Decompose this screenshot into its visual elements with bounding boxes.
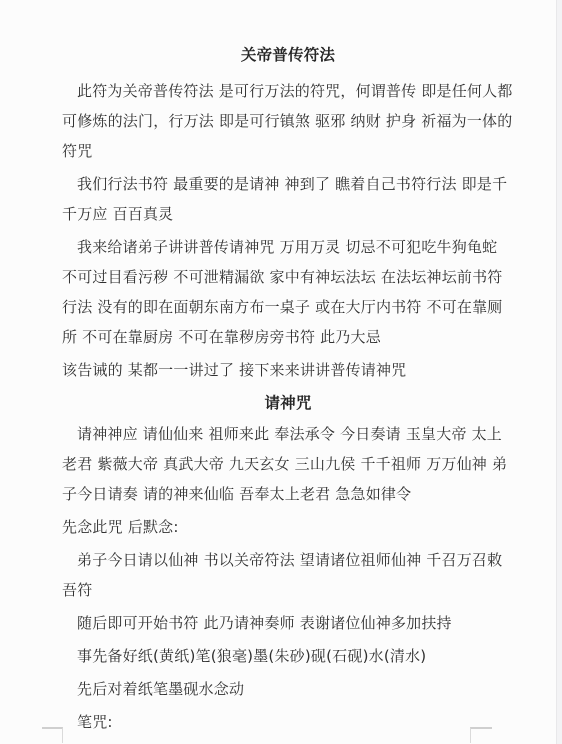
document-body: 关帝普传符法此符为关帝普传符法 是可行万法的符咒，何谓普传 即是任何人都可修炼的…: [62, 40, 514, 740]
paragraph: 此符为关帝普传符法 是可行万法的符咒，何谓普传 即是任何人都可修炼的法门，行万法…: [62, 76, 514, 166]
cutoff-frame-corner-left-icon: [42, 727, 63, 743]
paragraph: 先后对着纸笔墨砚水念动: [62, 674, 514, 704]
page-right-edge: [556, 0, 562, 744]
paragraph: 该告诫的 某都一一讲过了 接下来来讲讲普传请神咒: [62, 355, 514, 385]
paragraph: 先念此咒 后默念:: [62, 512, 514, 542]
paragraph: 弟子今日请以仙神 书以关帝符法 望请诸位祖师仙神 千召万召敕吾符: [62, 545, 514, 605]
paragraph: 笔咒:: [62, 707, 514, 737]
section-heading: 请神咒: [62, 388, 514, 418]
document-page: 关帝普传符法此符为关帝普传符法 是可行万法的符咒，何谓普传 即是任何人都可修炼的…: [0, 0, 562, 744]
paragraph: 事先备好纸(黄纸)笔(狼毫)墨(朱砂)砚(石砚)水(清水): [62, 641, 514, 671]
document-title: 关帝普传符法: [62, 40, 514, 70]
paragraph: 请神神应 请仙仙来 祖师来此 奉法承令 今日奏请 玉皇大帝 太上老君 紫薇大帝 …: [62, 419, 514, 509]
paragraph: 随后即可开始书符 此乃请神奏师 表谢诸位仙神多加扶持: [62, 608, 514, 638]
paragraph: 我们行法书符 最重要的是请神 神到了 瞧着自己书符行法 即是千千万应 百百真灵: [62, 169, 514, 229]
paragraph: 我来给诸弟子讲讲普传请神咒 万用万灵 切忌不可犯吃牛狗龟蛇 不可过目看污秽 不可…: [62, 232, 514, 352]
cutoff-frame-corner-right-icon: [470, 727, 492, 743]
